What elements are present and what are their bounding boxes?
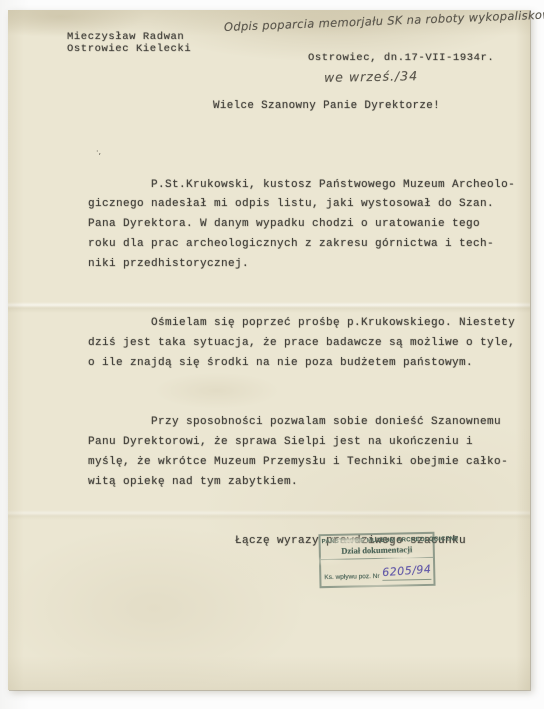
- letter-body: P.St.Krukowski, kustosz Państwowego Muze…: [88, 136, 515, 591]
- paragraph-2: Ośmielam się poprzeć prośbę p.Krukowskie…: [88, 314, 515, 373]
- handwritten-top-note: Odpis poparcia memorjału SK na roboty wy…: [224, 8, 544, 34]
- letter-page: Odpis poparcia memorjału SK na roboty wy…: [8, 10, 530, 690]
- paragraph-1: P.St.Krukowski, kustosz Państwowego Muze…: [88, 176, 515, 275]
- stamp-registry-number: 6205/94: [382, 565, 432, 579]
- sender-address: Mieczysław Radwan Ostrowiec Kielecki: [67, 32, 191, 55]
- salutation: Wielce Szanowny Panie Dyrektorze!: [213, 100, 440, 112]
- handwritten-date-note: we wrześ./34: [324, 68, 418, 85]
- stamp-registry-row: Ks. wpływu poz. Nr 6205/94: [321, 557, 434, 586]
- stamp-registry-label: Ks. wpływu poz. Nr: [324, 573, 379, 582]
- paragraph-3: Przy sposobności pozwalam sobie donieść …: [88, 413, 515, 492]
- archive-stamp: PAŃSTWOWE MUZEUM ARCHEOLOGICZNE Dział do…: [318, 532, 435, 588]
- stamp-registry-line: 6205/94: [382, 561, 432, 581]
- dateline: Ostrowiec, dn.17-VII-1934r.: [308, 52, 494, 64]
